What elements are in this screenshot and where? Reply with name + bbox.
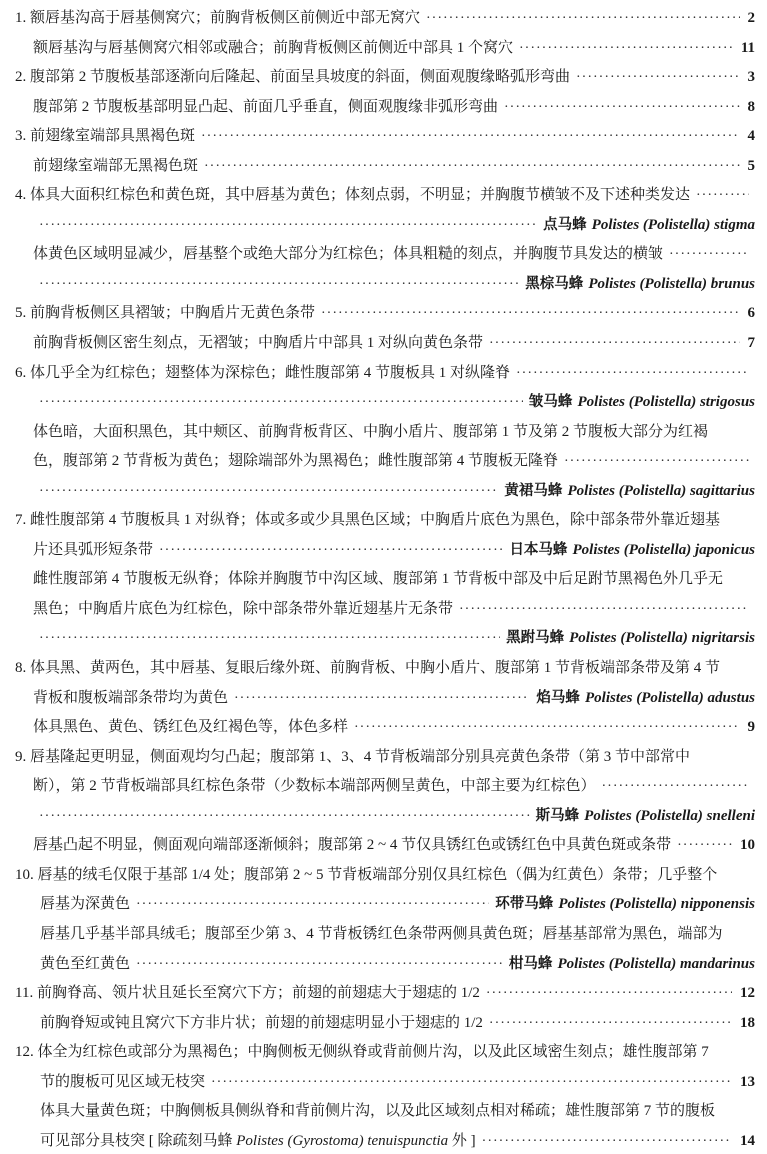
target-couplet-number: 10 bbox=[740, 837, 755, 854]
key-line: 1. 额唇基沟高于唇基侧窝穴；前胸背板侧区前侧近中部无窝穴 ··········… bbox=[15, 1, 755, 31]
key-line: 3. 前翅缘室端部具黑褐色斑 ·························… bbox=[15, 119, 755, 149]
couplet-number: 10. bbox=[15, 867, 38, 884]
target-couplet-number: 12 bbox=[740, 985, 755, 1002]
key-line: ········································… bbox=[15, 267, 755, 297]
target-couplet-number: 7 bbox=[748, 335, 756, 352]
target-couplet-number: 2 bbox=[748, 10, 756, 27]
dotted-leader: ········································… bbox=[482, 1134, 732, 1150]
couplet-text: 断），第 2 节背板端部具红棕色条带（少数标本端部两侧呈黄色，中部主要为红棕色） bbox=[33, 774, 596, 795]
key-line: 节的腹板可见区域无枝突 ····························… bbox=[15, 1065, 755, 1095]
key-line: 9. 唇基隆起更明显，侧面观均匀凸起；腹部第 1、3、4 节背板端部分别具亮黄色… bbox=[15, 740, 755, 770]
dotted-leader: ········································… bbox=[234, 691, 530, 707]
dotted-leader: ········································… bbox=[677, 838, 732, 854]
couplet-text: 前胸脊高、领片状且延长至窝穴下方；前翅的前翅痣大于翅痣的 1/2 bbox=[37, 981, 480, 1002]
couplet-text: 节的腹板可见区域无枝突 bbox=[40, 1070, 205, 1091]
couplet-text: 片还具弧形短条带 bbox=[33, 538, 153, 559]
dotted-leader: ········································… bbox=[39, 218, 537, 234]
dotted-leader: ········································… bbox=[576, 70, 739, 86]
couplet-number: 6. bbox=[15, 365, 30, 382]
key-line: 片还具弧形短条带 ·······························… bbox=[15, 533, 755, 563]
dotted-leader: ········································… bbox=[204, 159, 739, 175]
species-name: 柑马蜂 Polistes (Polistella) mandarinus bbox=[509, 952, 755, 973]
dotted-leader: ········································… bbox=[39, 809, 530, 825]
couplet-text: 可见部分具枝突 [ 除疏刻马蜂 Polistes (Gyrostoma) ten… bbox=[40, 1129, 476, 1150]
key-line: 断），第 2 节背板端部具红棕色条带（少数标本端部两侧呈黄色，中部主要为红棕色）… bbox=[15, 769, 755, 799]
dotted-leader: ········································… bbox=[201, 129, 739, 145]
dotted-leader: ········································… bbox=[39, 631, 500, 647]
key-line: ········································… bbox=[15, 385, 755, 415]
species-name: 皱马蜂 Polistes (Polistella) strigosus bbox=[529, 390, 755, 411]
key-line: ········································… bbox=[15, 799, 755, 829]
target-couplet-number: 13 bbox=[740, 1074, 755, 1091]
couplet-text: 黑色；中胸盾片底色为红棕色，除中部条带外靠近翅基片无条带 bbox=[33, 597, 453, 618]
couplet-text: 体色暗，大面积黑色，其中颊区、前胸背板背区、中胸小盾片、腹部第 1 节及第 2 … bbox=[33, 420, 708, 441]
target-couplet-number: 11 bbox=[741, 40, 755, 57]
couplet-text: 体全为红棕色或部分为黑褐色；中胸侧板无侧纵脊或背前侧片沟，以及此区域密生刻点；雄… bbox=[38, 1040, 709, 1061]
couplet-number: 9. bbox=[15, 749, 30, 766]
key-line: 腹部第 2 节腹板基部明显凸起、前面几乎垂直，侧面观腹缘非弧形弯曲 ······… bbox=[15, 90, 755, 120]
couplet-text: 色，腹部第 2 节背板为黄色；翅除端部外为黑褐色；雌性腹部第 4 节腹板无隆脊 bbox=[33, 449, 558, 470]
couplet-text: 前胸脊短或钝且窝穴下方非片状；前翅的前翅痣明显小于翅痣的 1/2 bbox=[40, 1011, 483, 1032]
key-line: 体色暗，大面积黑色，其中颊区、前胸背板背区、中胸小盾片、腹部第 1 节及第 2 … bbox=[15, 415, 755, 445]
couplet-number: 8. bbox=[15, 660, 30, 677]
couplet-text: 唇基隆起更明显，侧面观均匀凸起；腹部第 1、3、4 节背板端部分别具亮黄色条带（… bbox=[30, 745, 690, 766]
dotted-leader: ········································… bbox=[136, 897, 489, 913]
couplet-number: 11. bbox=[15, 985, 37, 1002]
couplet-text: 唇基几乎基半部具绒毛；腹部至少第 3、4 节背板锈红色条带两侧具黄色斑；唇基基部… bbox=[40, 922, 723, 943]
key-line: 背板和腹板端部条带均为黄色 ··························… bbox=[15, 681, 755, 711]
key-line: 10. 唇基的绒毛仅限于基部 1/4 处；腹部第 2 ~ 5 节背板端部分别仅具… bbox=[15, 858, 755, 888]
couplet-text: 前胸背板侧区密生刻点，无褶皱；中胸盾片中部具 1 对纵向黄色条带 bbox=[33, 331, 483, 352]
species-name: 黑跗马蜂 Polistes (Polistella) nigritarsis bbox=[506, 626, 755, 647]
couplet-number: 12. bbox=[15, 1044, 38, 1061]
couplet-text: 唇基凸起不明显，侧面观向端部逐渐倾斜；腹部第 2 ~ 4 节仅具锈红色或锈红色中… bbox=[33, 833, 671, 854]
dotted-leader: ········································… bbox=[39, 484, 498, 500]
key-line: ········································… bbox=[15, 621, 755, 651]
dotted-leader: ········································… bbox=[489, 1016, 732, 1032]
couplet-text: 前胸背板侧区具褶皱；中胸盾片无黄色条带 bbox=[30, 301, 315, 322]
couplet-text: 额唇基沟高于唇基侧窝穴；前胸背板侧区前侧近中部无窝穴 bbox=[30, 6, 420, 27]
target-couplet-number: 9 bbox=[748, 719, 756, 736]
key-line: 色，腹部第 2 节背板为黄色；翅除端部外为黑褐色；雌性腹部第 4 节腹板无隆脊 … bbox=[15, 444, 755, 474]
target-couplet-number: 8 bbox=[748, 99, 756, 116]
key-line: 2. 腹部第 2 节腹板基部逐渐向后隆起、前面呈具坡度的斜面，侧面观腹缘略弧形弯… bbox=[15, 60, 755, 90]
dotted-leader: ········································… bbox=[354, 720, 739, 736]
taxonomic-key-page: 1. 额唇基沟高于唇基侧窝穴；前胸背板侧区前侧近中部无窝穴 ··········… bbox=[0, 0, 767, 1154]
key-line: 11. 前胸脊高、领片状且延长至窝穴下方；前翅的前翅痣大于翅痣的 1/2 ···… bbox=[15, 976, 755, 1006]
couplet-number: 2. bbox=[15, 69, 30, 86]
target-couplet-number: 3 bbox=[748, 69, 756, 86]
dotted-leader: ········································… bbox=[39, 395, 523, 411]
key-line: 唇基几乎基半部具绒毛；腹部至少第 3、4 节背板锈红色条带两侧具黄色斑；唇基基部… bbox=[15, 917, 755, 947]
couplet-number: 5. bbox=[15, 305, 30, 322]
couplet-text: 前翅缘室端部无黑褐色斑 bbox=[33, 154, 198, 175]
couplet-number: 1. bbox=[15, 10, 30, 27]
dotted-leader: ········································… bbox=[459, 602, 749, 618]
couplet-text: 腹部第 2 节腹板基部明显凸起、前面几乎垂直，侧面观腹缘非弧形弯曲 bbox=[33, 95, 498, 116]
dotted-leader: ········································… bbox=[516, 366, 749, 382]
dotted-leader: ········································… bbox=[489, 336, 739, 352]
dotted-leader: ········································… bbox=[602, 779, 749, 795]
couplet-text: 雌性腹部第 4 节腹板具 1 对纵脊；体或多或少具黑色区域；中胸盾片底色为黑色，… bbox=[30, 508, 720, 529]
couplet-text: 黄色至红黄色 bbox=[40, 952, 130, 973]
species-name: 日本马蜂 Polistes (Polistella) japonicus bbox=[509, 538, 755, 559]
key-line: 前翅缘室端部无黑褐色斑 ····························… bbox=[15, 149, 755, 179]
couplet-text: 唇基为深黄色 bbox=[40, 892, 130, 913]
species-name: 斯马蜂 Polistes (Polistella) snelleni bbox=[536, 804, 755, 825]
couplet-text: 前翅缘室端部具黑褐色斑 bbox=[30, 124, 195, 145]
key-line: 12. 体全为红棕色或部分为黑褐色；中胸侧板无侧纵脊或背前侧片沟，以及此区域密生… bbox=[15, 1035, 755, 1065]
target-couplet-number: 5 bbox=[748, 158, 756, 175]
target-couplet-number: 18 bbox=[740, 1015, 755, 1032]
dotted-leader: ········································… bbox=[211, 1075, 732, 1091]
couplet-number: 3. bbox=[15, 128, 30, 145]
key-line: 可见部分具枝突 [ 除疏刻马蜂 Polistes (Gyrostoma) ten… bbox=[15, 1124, 755, 1154]
dotted-leader: ········································… bbox=[564, 454, 749, 470]
target-couplet-number: 6 bbox=[748, 305, 756, 322]
key-line: 7. 雌性腹部第 4 节腹板具 1 对纵脊；体或多或少具黑色区域；中胸盾片底色为… bbox=[15, 503, 755, 533]
couplet-text: 体具大量黄色斑；中胸侧板具侧纵脊和背前侧片沟，以及此区域刻点相对稀疏；雄性腹部第… bbox=[40, 1099, 715, 1120]
couplet-text: 体具黑、黄两色，其中唇基、复眼后缘外斑、前胸背板、中胸小盾片、腹部第 1 节背板… bbox=[30, 656, 720, 677]
dotted-leader: ········································… bbox=[39, 277, 519, 293]
couplet-text: 腹部第 2 节腹板基部逐渐向后隆起、前面呈具坡度的斜面，侧面观腹缘略弧形弯曲 bbox=[30, 65, 570, 86]
key-line: 体具大量黄色斑；中胸侧板具侧纵脊和背前侧片沟，以及此区域刻点相对稀疏；雄性腹部第… bbox=[15, 1094, 755, 1124]
key-line: 黄色至红黄色 ·································… bbox=[15, 947, 755, 977]
key-line: 黑色；中胸盾片底色为红棕色，除中部条带外靠近翅基片无条带 ···········… bbox=[15, 592, 755, 622]
key-line: 唇基为深黄色 ·································… bbox=[15, 887, 755, 917]
key-line: 4. 体具大面积红棕色和黄色斑，其中唇基为黄色；体刻点弱，不明显；并胸腹节横皱不… bbox=[15, 178, 755, 208]
species-name: 焰马蜂 Polistes (Polistella) adustus bbox=[536, 686, 755, 707]
key-line: 额唇基沟与唇基侧窝穴相邻或融合；前胸背板侧区前侧近中部具 1 个窝穴 ·····… bbox=[15, 31, 755, 61]
key-line: 前胸背板侧区密生刻点，无褶皱；中胸盾片中部具 1 对纵向黄色条带 ·······… bbox=[15, 326, 755, 356]
dotted-leader: ········································… bbox=[321, 306, 739, 322]
key-line: 8. 体具黑、黄两色，其中唇基、复眼后缘外斑、前胸背板、中胸小盾片、腹部第 1 … bbox=[15, 651, 755, 681]
key-line: 唇基凸起不明显，侧面观向端部逐渐倾斜；腹部第 2 ~ 4 节仅具锈红色或锈红色中… bbox=[15, 828, 755, 858]
couplet-number: 4. bbox=[15, 187, 30, 204]
species-name: 黄裙马蜂 Polistes (Polistella) sagittarius bbox=[504, 479, 755, 500]
key-line: 前胸脊短或钝且窝穴下方非片状；前翅的前翅痣明显小于翅痣的 1/2 ·······… bbox=[15, 1006, 755, 1036]
key-couplet-list: 1. 额唇基沟高于唇基侧窝穴；前胸背板侧区前侧近中部无窝穴 ··········… bbox=[15, 1, 755, 1153]
species-name: 黑棕马蜂 Polistes (Polistella) brunus bbox=[525, 272, 755, 293]
key-line: 6. 体几乎全为红棕色；翅整体为深棕色；雌性腹部第 4 节腹板具 1 对纵隆脊 … bbox=[15, 356, 755, 386]
dotted-leader: ········································… bbox=[426, 11, 739, 27]
key-line: ········································… bbox=[15, 208, 755, 238]
key-line: 5. 前胸背板侧区具褶皱；中胸盾片无黄色条带 ·················… bbox=[15, 296, 755, 326]
species-name: 环带马蜂 Polistes (Polistella) nipponensis bbox=[495, 892, 755, 913]
couplet-number: 7. bbox=[15, 512, 30, 529]
couplet-text: 体具大面积红棕色和黄色斑，其中唇基为黄色；体刻点弱，不明显；并胸腹节横皱不及下述… bbox=[30, 183, 690, 204]
couplet-text: 唇基的绒毛仅限于基部 1/4 处；腹部第 2 ~ 5 节背板端部分别仅具红棕色（… bbox=[38, 863, 718, 884]
key-line: 体具黑色、黄色、锈红色及红褐色等，体色多样 ··················… bbox=[15, 710, 755, 740]
couplet-text: 体具黑色、黄色、锈红色及红褐色等，体色多样 bbox=[33, 715, 348, 736]
dotted-leader: ········································… bbox=[136, 957, 503, 973]
dotted-leader: ········································… bbox=[504, 100, 739, 116]
couplet-text: 体黄色区域明显减少，唇基整个或绝大部分为红棕色；体具粗糙的刻点，并胸腹节具发达的… bbox=[33, 242, 663, 263]
couplet-text: 体几乎全为红棕色；翅整体为深棕色；雌性腹部第 4 节腹板具 1 对纵隆脊 bbox=[30, 361, 510, 382]
couplet-text: 雌性腹部第 4 节腹板无纵脊；体除并胸腹节中沟区域、腹部第 1 节背板中部及中后… bbox=[33, 567, 723, 588]
dotted-leader: ········································… bbox=[486, 986, 732, 1002]
target-couplet-number: 4 bbox=[748, 128, 756, 145]
key-line: 雌性腹部第 4 节腹板无纵脊；体除并胸腹节中沟区域、腹部第 1 节背板中部及中后… bbox=[15, 562, 755, 592]
key-line: ········································… bbox=[15, 474, 755, 504]
couplet-text: 额唇基沟与唇基侧窝穴相邻或融合；前胸背板侧区前侧近中部具 1 个窝穴 bbox=[33, 36, 513, 57]
species-name: 点马蜂 Polistes (Polistella) stigma bbox=[543, 213, 755, 234]
dotted-leader: ········································… bbox=[519, 41, 733, 57]
dotted-leader: ········································… bbox=[696, 188, 749, 204]
target-couplet-number: 14 bbox=[740, 1133, 755, 1150]
couplet-text: 背板和腹板端部条带均为黄色 bbox=[33, 686, 228, 707]
dotted-leader: ········································… bbox=[159, 543, 503, 559]
dotted-leader: ········································… bbox=[669, 247, 749, 263]
key-line: 体黄色区域明显减少，唇基整个或绝大部分为红棕色；体具粗糙的刻点，并胸腹节具发达的… bbox=[15, 237, 755, 267]
